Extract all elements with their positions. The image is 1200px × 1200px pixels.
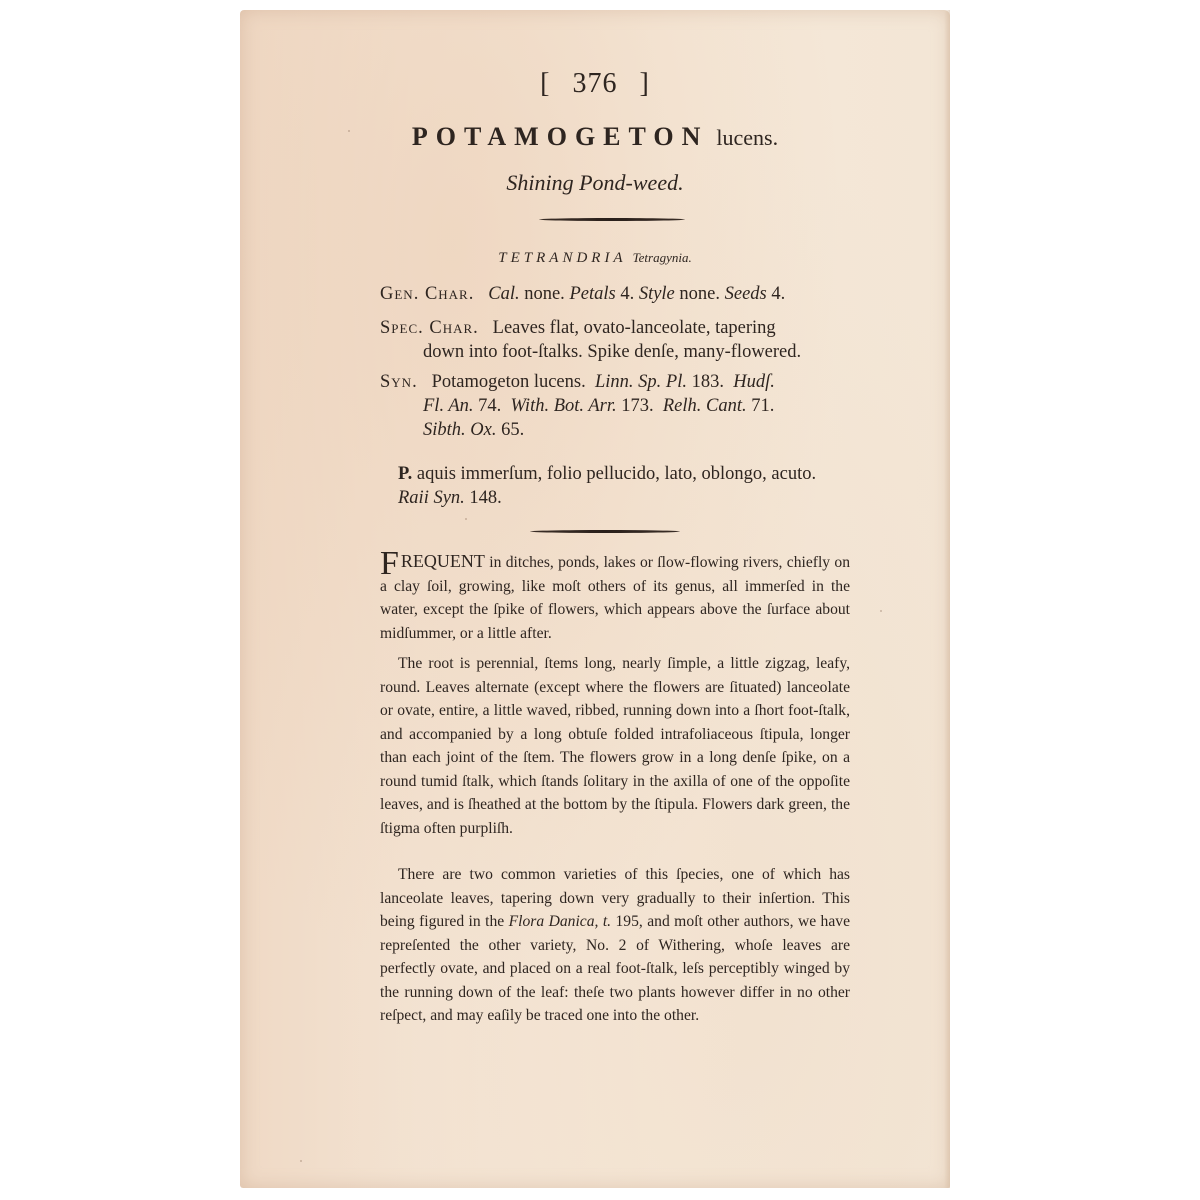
specific-character: Spec. Char. Leaves flat, ovato-lanceolat… — [380, 316, 850, 364]
text: none. — [520, 284, 570, 304]
petals: Petals — [569, 284, 615, 304]
reference-name: Raii Syn. — [398, 488, 465, 508]
paper-speck — [348, 130, 350, 132]
text: 4. — [616, 284, 639, 304]
syn-label: Syn. — [380, 372, 418, 392]
reference-name: Fl. An. — [423, 396, 474, 416]
open-bracket: [ — [540, 68, 550, 99]
paper-speck — [880, 610, 882, 612]
spec-char-label: Spec. Char. — [380, 318, 479, 338]
paragraph-habitat: FREQUENT in ditches, ponds, lakes or ſlo… — [380, 550, 850, 645]
paragraph-text: The root is perennial, ſtems long, nearl… — [380, 652, 850, 840]
synonym-ray: P. aquis immerſum, folio pellucido, lato… — [380, 462, 850, 510]
reference-name: Flora Danica, t. — [509, 913, 611, 930]
text: none. — [675, 284, 725, 304]
lead-word: REQUENT — [401, 551, 485, 571]
page-number: [376] — [240, 68, 950, 100]
drop-cap: F — [380, 554, 399, 574]
paper-speck — [300, 1160, 302, 1162]
syn-continuation: Fl. An. 74. With. Bot. Arr. 173. Relh. C… — [380, 394, 850, 418]
class-name: TETRANDRIA — [498, 250, 626, 266]
common-name: Shining Pond-weed. — [240, 170, 950, 196]
reference-number: 74. — [478, 396, 501, 416]
reference-name: Hudſ. — [733, 372, 775, 392]
page-number-value: 376 — [573, 68, 618, 99]
genus-name: POTAMOGETON — [412, 122, 709, 151]
syn-text: Potamogeton lucens. — [432, 372, 586, 392]
calyx: Cal. — [488, 284, 519, 304]
seeds: Seeds — [725, 284, 767, 304]
reference-number: 183. — [692, 372, 724, 392]
syn-alt-lead: P. — [398, 464, 412, 484]
generic-character: Gen. Char. Cal. none. Petals 4. Style no… — [380, 282, 850, 306]
spec-char-line: Leaves flat, ovato-lanceolate, tapering — [493, 318, 776, 338]
species-name: lucens. — [716, 125, 778, 150]
synonymy: Syn. Potamogeton lucens. Linn. Sp. Pl. 1… — [380, 370, 850, 442]
reference-number: 173. — [621, 396, 653, 416]
divider-rule — [530, 530, 680, 533]
text: 4. — [767, 284, 786, 304]
paragraph-description: The root is perennial, ſtems long, nearl… — [380, 652, 850, 840]
syn-continuation: Sibth. Ox. 65. — [380, 418, 850, 442]
reference-name: With. Bot. Arr. — [511, 396, 617, 416]
reference-name: Sibth. Ox. — [423, 420, 496, 440]
divider-rule — [539, 218, 685, 221]
book-page: [376] POTAMOGETONlucens. Shining Pond-we… — [240, 10, 950, 1188]
reference-number: 71. — [751, 396, 774, 416]
style: Style — [639, 284, 675, 304]
syn-alt-text: aquis immerſum, folio pellucido, lato, o… — [417, 464, 816, 484]
order-name: Tetragynia. — [633, 250, 692, 265]
gen-char-label: Gen. Char. — [380, 284, 474, 304]
linnaean-classification: TETRANDRIATetragynia. — [240, 250, 950, 267]
paragraph-varieties: There are two common varieties of this ſ… — [380, 863, 850, 1028]
close-bracket: ] — [640, 68, 650, 99]
reference-number: 65. — [501, 420, 524, 440]
spec-char-line: down into foot-ſtalks. Spike denſe, many… — [380, 340, 850, 364]
species-title: POTAMOGETONlucens. — [240, 122, 950, 152]
reference-number: 148. — [469, 488, 501, 508]
reference-name: Relh. Cant. — [663, 396, 747, 416]
paper-speck — [465, 518, 467, 520]
reference-name: Linn. Sp. Pl. — [595, 372, 687, 392]
